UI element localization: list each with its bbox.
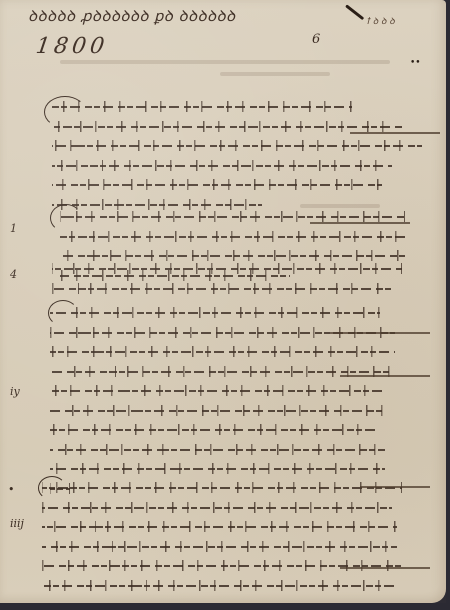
bleed-through: [300, 204, 380, 208]
margin-mark: iy: [10, 385, 20, 398]
ink-dot-mark: ••: [410, 58, 421, 68]
initial-flourish: [38, 476, 66, 500]
initial-flourish: [44, 96, 86, 128]
line-filler-rule: [350, 132, 440, 134]
line-filler-rule: [310, 222, 410, 224]
document-heading: (handwritten heading — illegible) ꝺꝺꝺꝺꝺ …: [28, 6, 235, 26]
year-annotation: 1800: [34, 34, 110, 59]
corner-pen-stroke: [345, 4, 364, 20]
line-filler-rule: [360, 486, 430, 488]
margin-mark: iiij: [10, 517, 24, 530]
initial-flourish: [50, 204, 82, 232]
bleed-through: [220, 72, 330, 76]
margin-mark: •: [8, 483, 15, 496]
line-filler-rule: [340, 567, 430, 569]
margin-mark: 4: [10, 268, 17, 281]
line-filler-rule: [340, 375, 430, 377]
corner-note-scribble: ꝉ ꝺ ꝺ ꝺ: [366, 14, 395, 27]
manuscript-page: (small illegible note) ꝉ ꝺ ꝺ ꝺ (handwrit…: [0, 0, 446, 603]
initial-flourish: [48, 300, 78, 326]
line-filler-rule: [330, 332, 430, 334]
bleed-through: [60, 60, 390, 64]
margin-mark: 1: [10, 222, 17, 235]
folio-number: 6: [312, 32, 320, 47]
